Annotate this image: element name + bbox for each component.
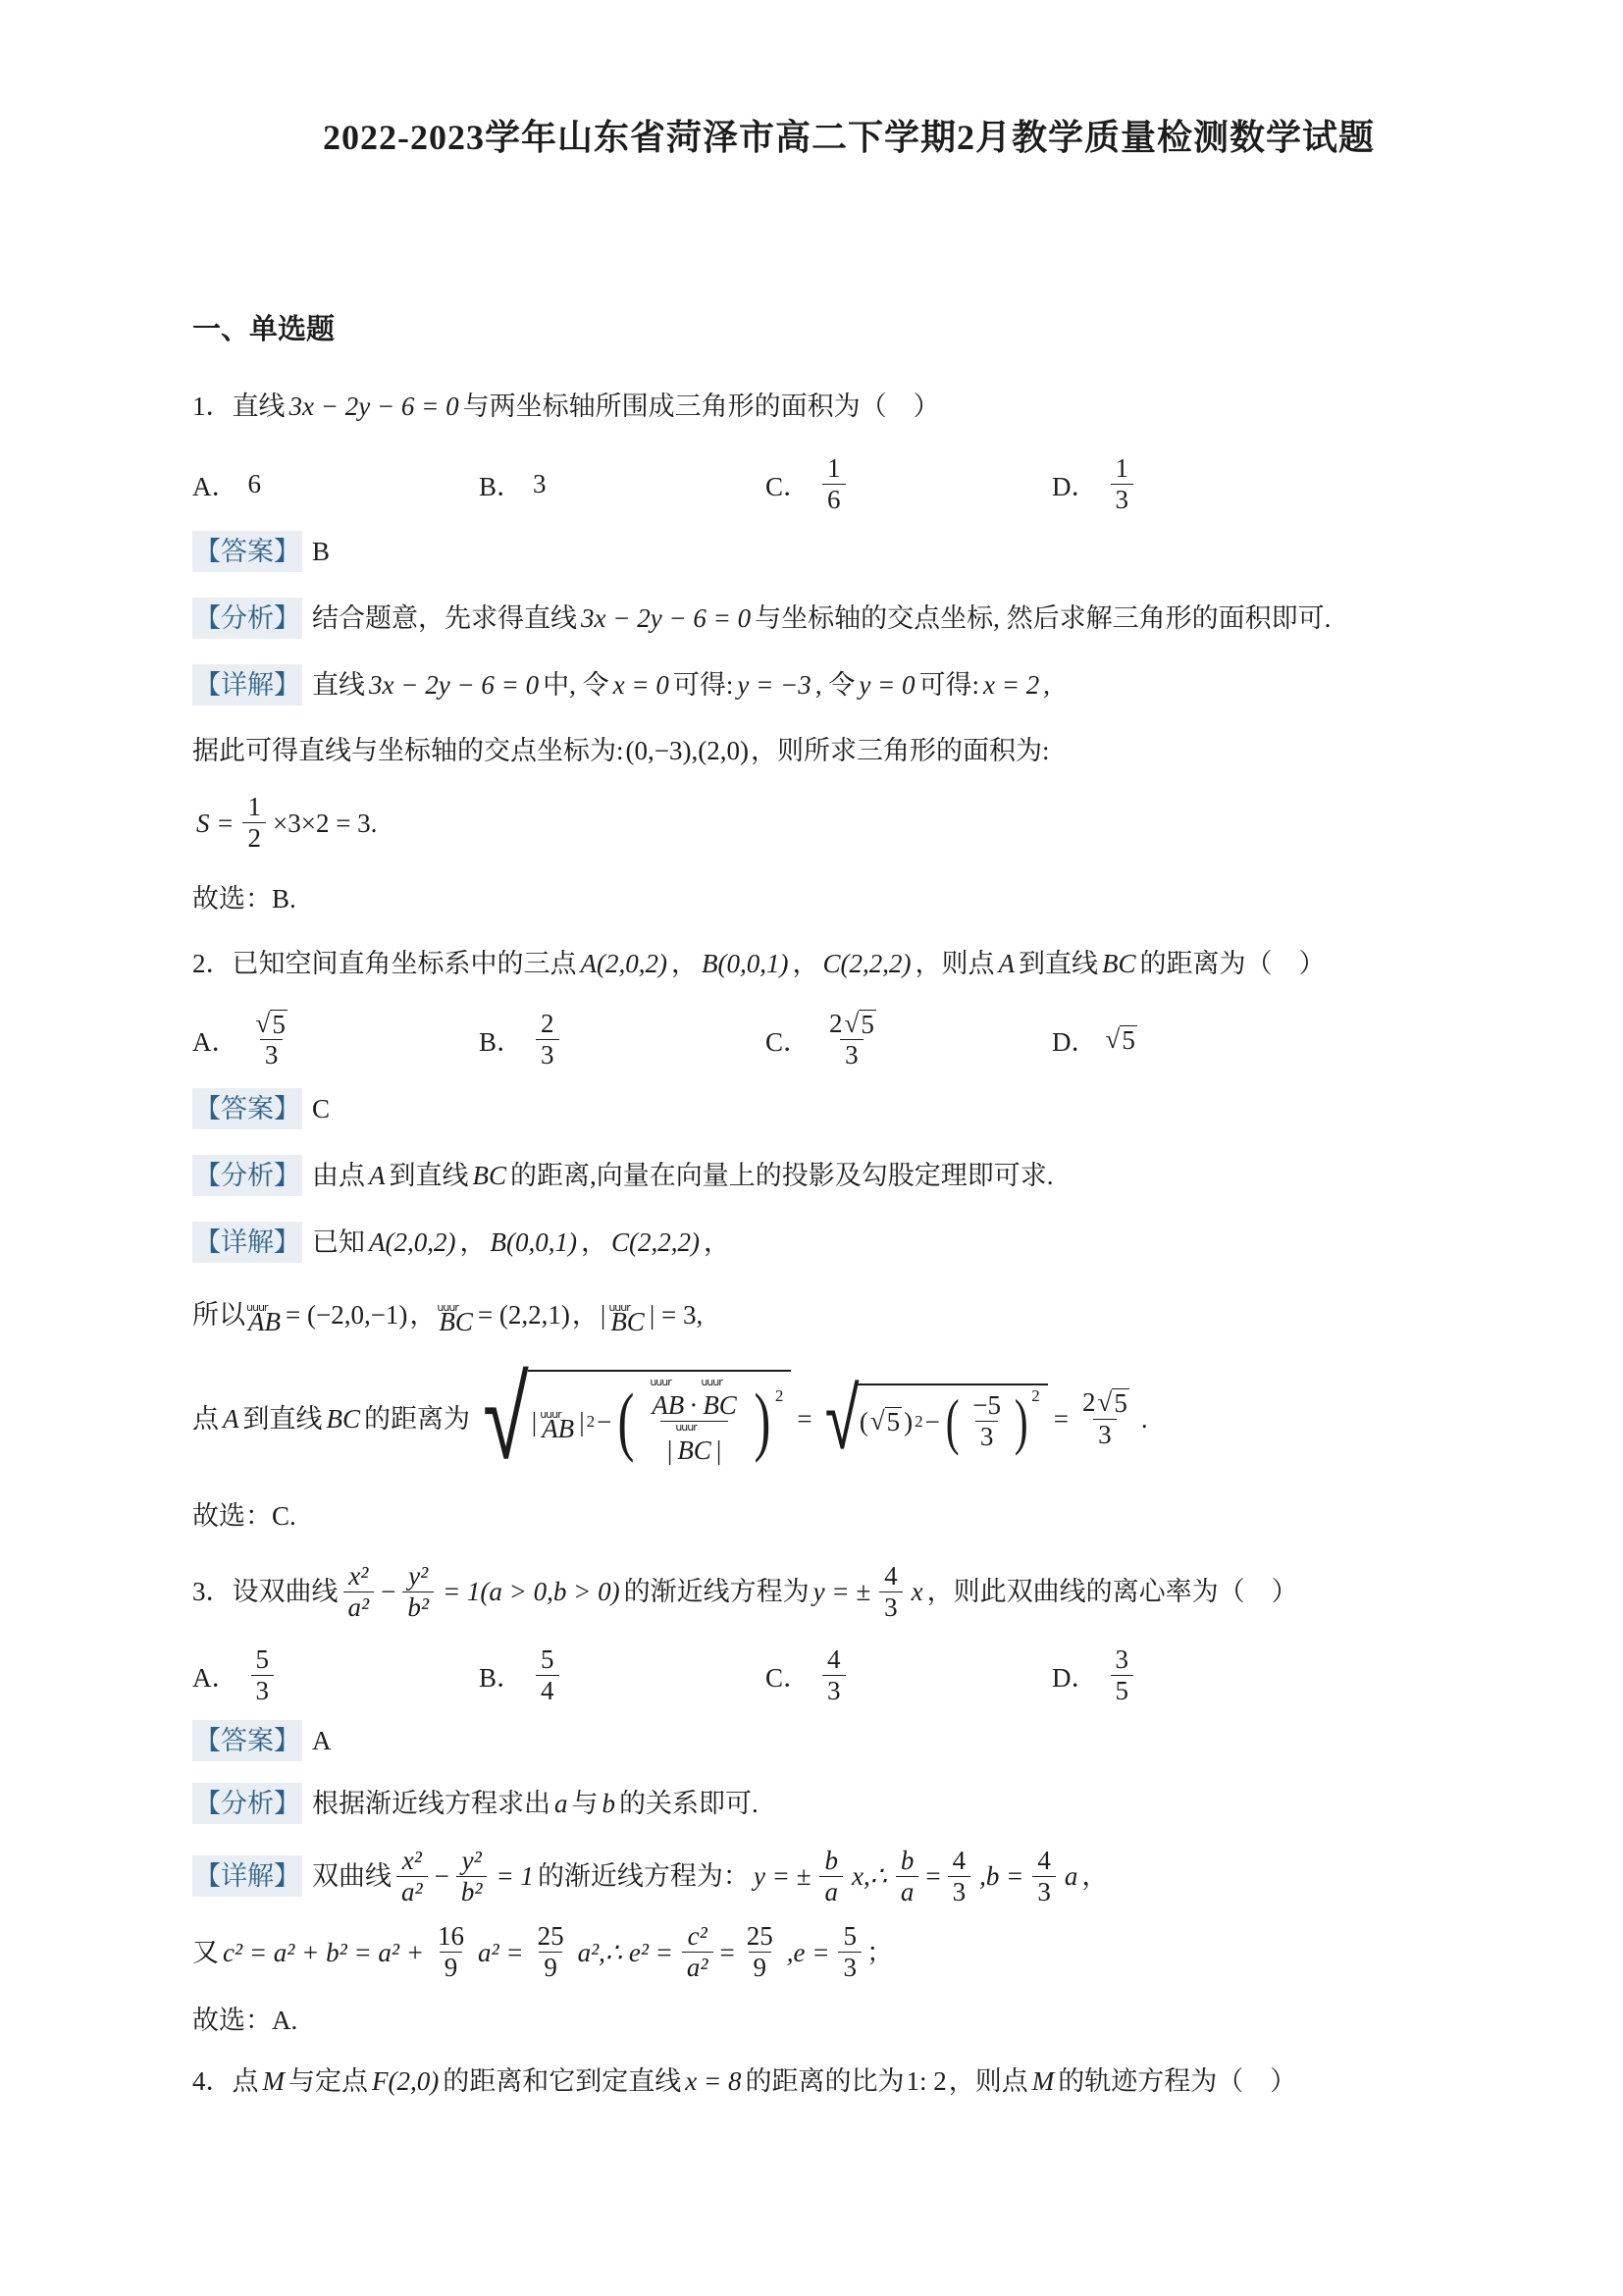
- analysis-label: 【分析】: [192, 1783, 302, 1824]
- q3-detail-1: 【详解】双曲线 x²a² − y²b² = 1 的渐近线方程为： y = ± b…: [192, 1846, 1505, 1907]
- q3-analysis: 【分析】根据渐近线方程求出a与b的关系即可.: [192, 1783, 1505, 1824]
- section-heading: 一、单选题: [192, 307, 1505, 347]
- q3-option-a: A．53: [192, 1644, 479, 1706]
- sqrt-sign: √: [1098, 1388, 1113, 1416]
- q2-detail-2: 所以 uuurAB = (−2,0,−1)， uuurBC = (2,2,1)，…: [192, 1288, 1505, 1341]
- q2-option-b: B．23: [479, 1009, 765, 1070]
- q2-detail-1: 【详解】已知A(2,0,2)，B(0,0,1)，C(2,2,2)，: [192, 1222, 1505, 1263]
- vector-BC: uuurBC: [700, 1390, 740, 1421]
- q1-area-formula: S =12×3×2 = 3.: [192, 792, 1505, 854]
- q1-option-c: C．16: [765, 453, 1052, 515]
- vector-AB: uuurAB: [649, 1390, 687, 1421]
- q1-conclusion: 故选：B.: [192, 879, 1505, 918]
- q2-distance-formula: 点A到直线BC的距离为 √ |uuurAB|2 − ( uuurAB·uuurB…: [192, 1369, 1505, 1468]
- q3-conclusion: 故选：A.: [192, 2001, 1505, 2040]
- right-paren: ): [1015, 1393, 1028, 1450]
- vector-arrow-mark: uuur: [650, 1377, 670, 1389]
- vector-AB: uuurAB: [539, 1409, 577, 1448]
- exam-page: 2022-2023学年山东省菏泽市高二下学期2月教学质量检测数学试题 一、单选题…: [0, 0, 1623, 2296]
- detail-label: 【详解】: [192, 1855, 302, 1897]
- q3-options: A．53 B．54 C．43 D．35: [192, 1644, 1505, 1706]
- radical-2: √ (√5)2 − ( −53 )2: [818, 1381, 1048, 1456]
- q2-conclusion: 故选：C.: [192, 1496, 1505, 1536]
- answer-label: 【答案】: [192, 1088, 302, 1129]
- answer-value: A: [312, 1721, 332, 1760]
- vector-BC: uuurBC: [607, 1302, 648, 1341]
- q2-option-a: A．√53: [192, 1009, 479, 1070]
- q3-option-d: D．35: [1052, 1644, 1138, 1706]
- q2-options: A．√53 B．23 C．2√53 D．√5: [192, 1009, 1505, 1070]
- answer-value: C: [312, 1089, 330, 1128]
- answer-label: 【答案】: [192, 1720, 302, 1761]
- q2-stem: 2．已知空间直角坐标系中的三点A(2,0,2)，B(0,0,1)，C(2,2,2…: [192, 944, 1505, 983]
- q2-answer: 【答案】C: [192, 1088, 1505, 1129]
- q1-detail-1: 【详解】直线3x − 2y − 6 = 0中, 令x = 0可得:y = −3,…: [192, 664, 1505, 705]
- q3-option-b: B．54: [479, 1644, 765, 1706]
- analysis-label: 【分析】: [192, 598, 302, 639]
- q3-option-c: C．43: [765, 1644, 1052, 1706]
- vector-arrow-mark: uuur: [701, 1377, 721, 1389]
- vector-arrow-mark: uuur: [437, 1288, 457, 1328]
- q1-stem: 1．直线3x − 2y − 6 = 0与两坐标轴所围成三角形的面积为（ ）: [192, 387, 1505, 426]
- q1-option-d: D．13: [1052, 453, 1138, 515]
- q1-option-a: A．6: [192, 465, 479, 503]
- vector-arrow-mark: uuur: [540, 1395, 560, 1435]
- q1-options: A．6 B．3 C．16 D．13: [192, 453, 1505, 515]
- vector-BC: uuurBC: [436, 1302, 476, 1341]
- answer-label: 【答案】: [192, 531, 302, 572]
- q2-option-d: D．√5: [1052, 1020, 1137, 1059]
- sqrt-sign: √: [483, 1369, 529, 1468]
- q3-detail-2: 又 c² = a² + b² = a² + 169 a² = 259 a²,∴ …: [192, 1921, 1505, 1983]
- vector-arrow-mark: uuur: [246, 1288, 267, 1328]
- detail-label: 【详解】: [192, 664, 302, 705]
- page-title: 2022-2023学年山东省菏泽市高二下学期2月教学质量检测数学试题: [192, 110, 1505, 160]
- sqrt-sign: √: [845, 1010, 860, 1037]
- analysis-label: 【分析】: [192, 1155, 302, 1196]
- q4-stem: 4．点M与定点F(2,0)的距离和它到定直线x = 8的距离的比为1: 2，则点…: [192, 2061, 1505, 2101]
- sqrt-sign: √: [824, 1381, 859, 1456]
- q1-detail-2: 据此可得直线与坐标轴的交点坐标为:(0,−3),(2,0)，则所求三角形的面积为…: [192, 731, 1505, 770]
- sqrt-sign: √: [870, 1407, 885, 1435]
- vector-AB: uuurAB: [245, 1302, 284, 1341]
- left-paren: (: [618, 1386, 635, 1455]
- q1-analysis: 【分析】结合题意，先求得直线3x − 2y − 6 = 0与坐标轴的交点坐标, …: [192, 598, 1505, 639]
- q2-option-c: C．2√53: [765, 1009, 1052, 1070]
- answer-value: B: [312, 532, 330, 571]
- sqrt-sign: √: [256, 1010, 271, 1037]
- detail-label: 【详解】: [192, 1222, 302, 1263]
- sqrt-sign: √: [1106, 1025, 1121, 1053]
- left-paren: (: [946, 1393, 960, 1450]
- right-paren: ): [754, 1386, 770, 1455]
- q2-analysis: 【分析】由点A到直线BC的距离,向量在向量上的投影及勾股定理即可求.: [192, 1155, 1505, 1196]
- q3-answer: 【答案】A: [192, 1720, 1505, 1761]
- vector-arrow-mark: uuur: [675, 1422, 696, 1435]
- vector-arrow-mark: uuur: [608, 1288, 629, 1328]
- q1-answer: 【答案】B: [192, 531, 1505, 572]
- vector-BC: uuurBC: [674, 1435, 714, 1466]
- radical-1: √ |uuurAB|2 − ( uuurAB·uuurBC|uuurBC| )2: [474, 1369, 791, 1468]
- q1-option-b: B．3: [479, 465, 765, 503]
- q3-stem: 3．设双曲线 x²a² − y²b² = 1(a > 0,b > 0) 的渐近线…: [192, 1561, 1505, 1623]
